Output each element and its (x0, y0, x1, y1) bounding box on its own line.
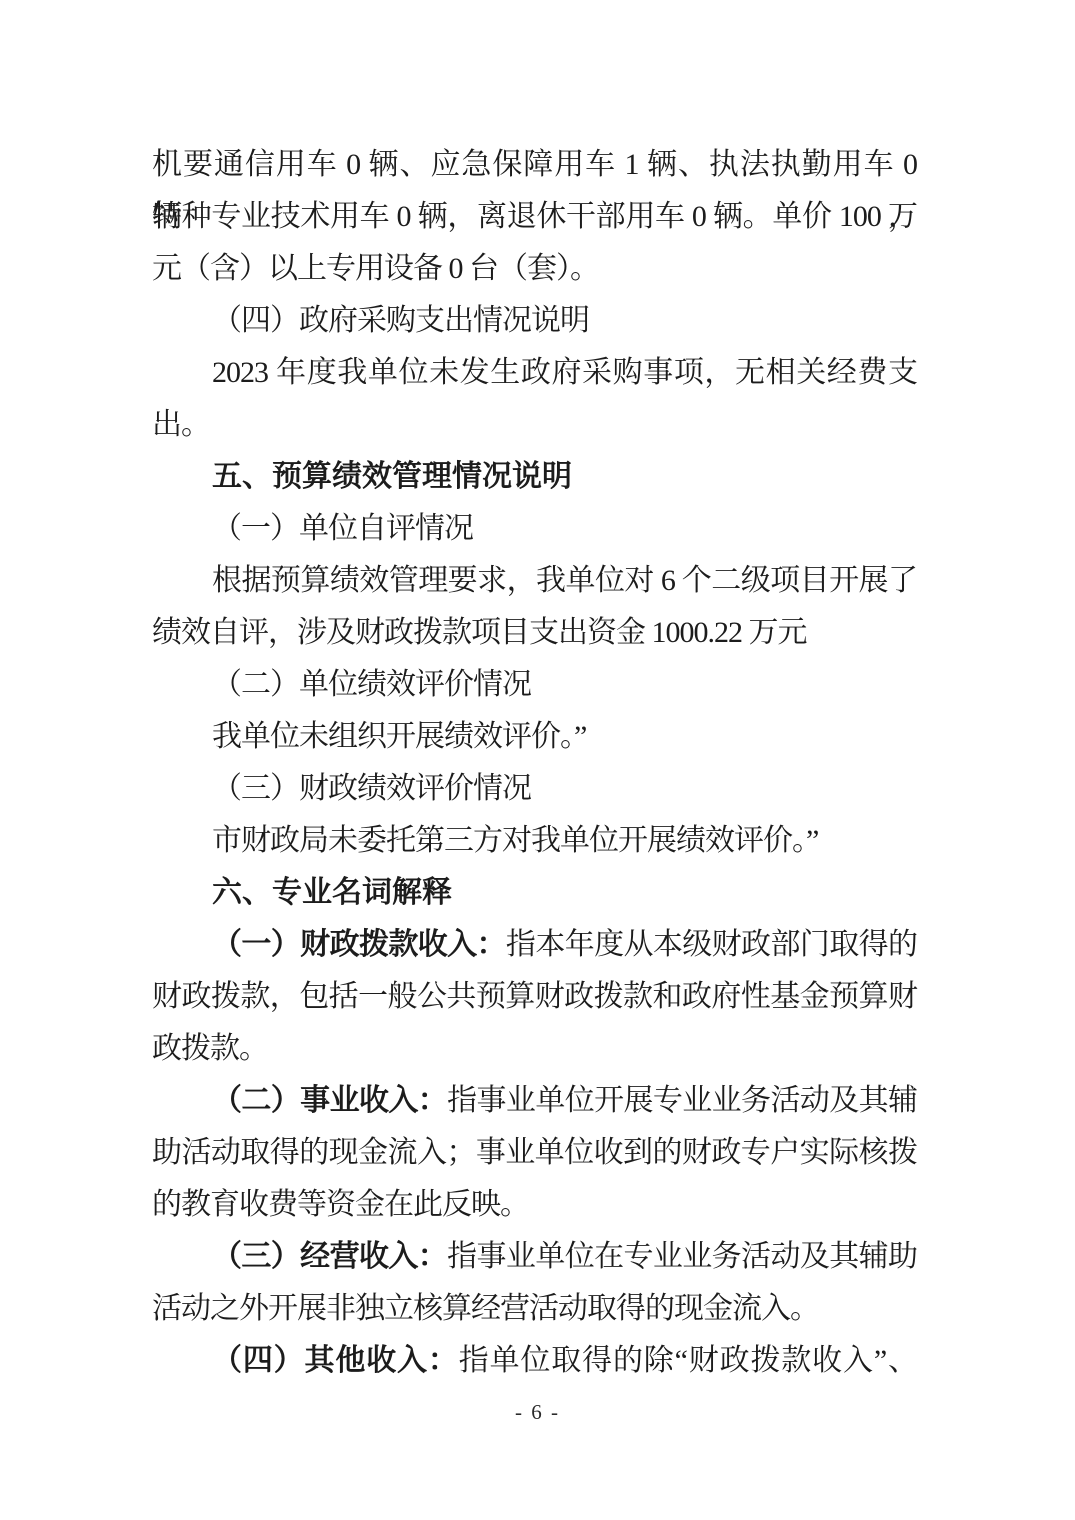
term-label: （三）经营收入： (212, 1240, 447, 1273)
doc-line: 出。 (152, 399, 917, 451)
doc-line: 绩效自评，涉及财政拨款项目支出资金 1000.22 万元 (152, 607, 917, 659)
term-label: （四）其他收入： (212, 1344, 459, 1377)
term-label: （二）事业收入： (212, 1084, 447, 1117)
doc-line: 2023 年度我单位未发生政府采购事项，无相关经费支 (152, 347, 917, 399)
doc-line: 政拨款。 (152, 1023, 917, 1075)
doc-line: 我单位未组织开展绩效评价。” (152, 711, 917, 763)
document-page: 机要通信用车 0 辆、应急保障用车 1 辆、执法执勤用车 0 辆， 特种专业技术… (0, 0, 1075, 1520)
section-heading: 五、预算绩效管理情况说明 (152, 451, 917, 503)
term-definition: 指本年度从本级财政部门取得的 (506, 928, 917, 961)
doc-line: 特种专业技术用车 0 辆，离退休干部用车 0 辆。单价 100 万 (152, 191, 917, 243)
section-heading: 六、专业名词解释 (152, 867, 917, 919)
subsection-heading: （二）单位绩效评价情况 (152, 659, 917, 711)
doc-line: 助活动取得的现金流入；事业单位收到的财政专户实际核拨 (152, 1127, 917, 1179)
doc-line: 财政拨款，包括一般公共预算财政拨款和政府性基金预算财 (152, 971, 917, 1023)
term-label: （一）财政拨款收入： (212, 928, 506, 961)
subsection-heading: （四）政府采购支出情况说明 (152, 295, 917, 347)
doc-line: （二）事业收入：指事业单位开展专业业务活动及其辅 (152, 1075, 917, 1127)
doc-line: 机要通信用车 0 辆、应急保障用车 1 辆、执法执勤用车 0 辆， (152, 139, 917, 191)
subsection-heading: （一）单位自评情况 (152, 503, 917, 555)
term-definition: 指单位取得的除“财政拨款收入”、 (459, 1344, 917, 1377)
doc-line: 活动之外开展非独立核算经营活动取得的现金流入。 (152, 1283, 917, 1335)
doc-line: 的教育收费等资金在此反映。 (152, 1179, 917, 1231)
subsection-heading: （三）财政绩效评价情况 (152, 763, 917, 815)
doc-line: 根据预算绩效管理要求，我单位对 6 个二级项目开展了 (152, 555, 917, 607)
doc-line: （一）财政拨款收入：指本年度从本级财政部门取得的 (152, 919, 917, 971)
term-definition: 指事业单位开展专业业务活动及其辅 (447, 1084, 917, 1117)
doc-line: （四）其他收入：指单位取得的除“财政拨款收入”、 (152, 1335, 917, 1387)
term-definition: 指事业单位在专业业务活动及其辅助 (447, 1240, 917, 1273)
doc-line: 市财政局未委托第三方对我单位开展绩效评价。” (152, 815, 917, 867)
doc-line: （三）经营收入：指事业单位在专业业务活动及其辅助 (152, 1231, 917, 1283)
doc-line: 元（含）以上专用设备 0 台（套）。 (152, 243, 917, 295)
document-body: 机要通信用车 0 辆、应急保障用车 1 辆、执法执勤用车 0 辆， 特种专业技术… (0, 0, 1075, 1387)
page-number: - 6 - (0, 1400, 1075, 1425)
